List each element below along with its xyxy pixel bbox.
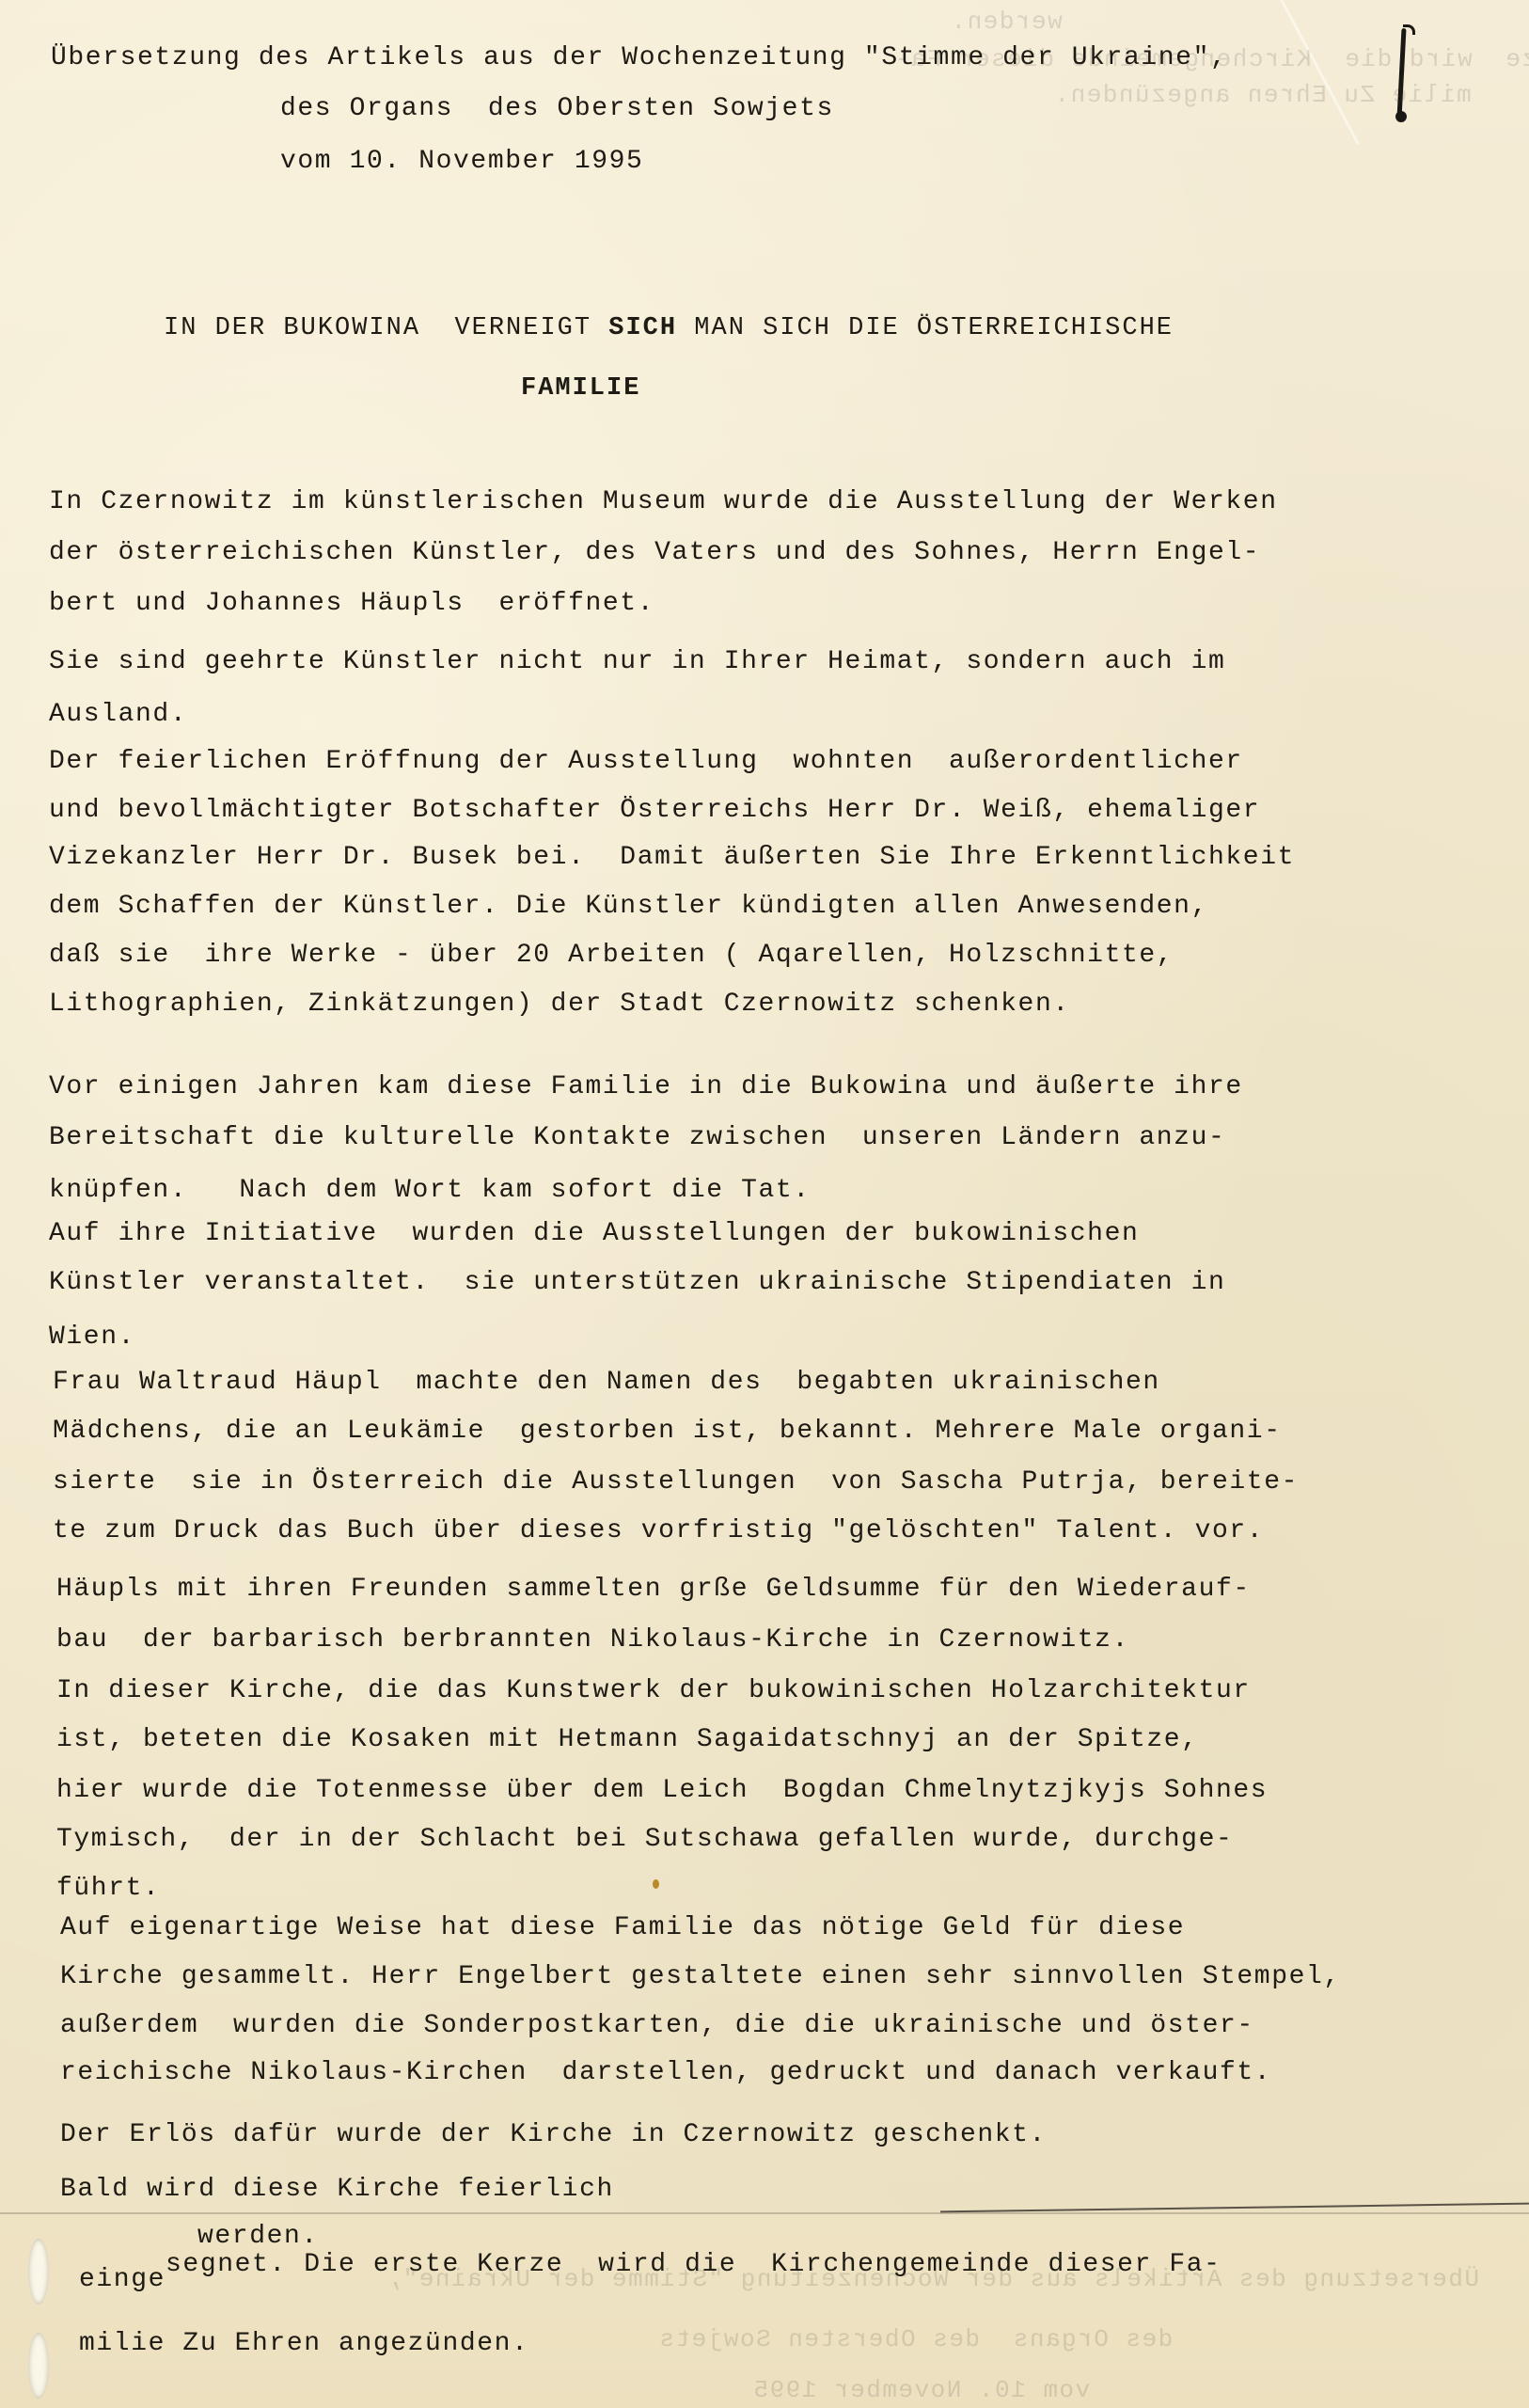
body-line: Der feierlichen Eröffnung der Ausstellun…	[49, 749, 1243, 775]
bleed-through-text: vom 10. November 1995	[752, 2376, 1090, 2404]
body-line: te zum Druck das Buch über dieses vorfri…	[53, 1518, 1264, 1545]
continuation-einge: einge	[79, 2265, 166, 2294]
header-date-line: vom 10. November 1995	[280, 149, 643, 175]
article-title-line2: FAMILIE	[521, 376, 640, 402]
body-line: daß sie ihre Werke - über 20 Arbeiten ( …	[49, 943, 1174, 969]
body-line: bert und Johannes Häupls eröffnet.	[49, 591, 654, 617]
body-line: Auf eigenartige Weise hat diese Familie …	[60, 1915, 1185, 1941]
bleed-through-text: des Organs des Obersten Sowjets	[658, 2325, 1173, 2353]
punch-hole-top	[28, 2239, 49, 2305]
title-text: IN DER BUKOWINA VERNEIGT	[164, 314, 608, 342]
staple-icon-bottom	[1395, 111, 1407, 122]
body-line: außerdem wurden die Sonderpostkarten, di…	[60, 2013, 1254, 2039]
body-line: Wien.	[49, 1324, 135, 1351]
body-line: Häupls mit ihren Freunden sammelten grße…	[56, 1576, 1251, 1603]
body-line: sierte sie in Österreich die Ausstellung…	[53, 1469, 1299, 1496]
body-line: In Czernowitz im künstlerischen Museum w…	[49, 489, 1278, 515]
continuation-line: eingesegnet. Die erste Kerze wird die Ki…	[79, 2267, 1222, 2293]
body-line: Bereitschaft die kulturelle Kontakte zwi…	[49, 1125, 1225, 1151]
body-line: Kirche gesammelt. Herr Engelbert gestalt…	[60, 1964, 1341, 1990]
bleed-through-text: werden.	[950, 8, 1063, 36]
bleed-through-text: milie Zu Ehren angezünden.	[1053, 81, 1472, 109]
body-line: Mädchens, die an Leukämie gestorben ist,…	[53, 1418, 1282, 1445]
header-organ-line: des Organs des Obersten Sowjets	[280, 96, 834, 122]
title-text: MAN SICH DIE ÖSTERREICHISCHE	[677, 314, 1174, 342]
body-line: und bevollmächtigter Botschafter Österre…	[49, 798, 1260, 824]
title-overstruck-word: SICH	[608, 314, 677, 342]
body-line: In dieser Kirche, die das Kunstwerk der …	[56, 1678, 1251, 1704]
body-line: Tymisch, der in der Schlacht bei Sutscha…	[56, 1827, 1233, 1853]
body-line: Bald wird diese Kirche feierlich	[60, 2177, 614, 2203]
punch-hole-bottom	[28, 2333, 49, 2399]
continuation-last-line: milie Zu Ehren angezünden.	[79, 2331, 528, 2357]
body-line: Lithographien, Zinkätzungen) der Stadt C…	[49, 991, 1070, 1018]
body-line: führt.	[56, 1876, 160, 1902]
body-line: Auf ihre Initiative wurden die Ausstellu…	[49, 1221, 1139, 1247]
body-line: Künstler veranstaltet. sie unterstützen …	[49, 1270, 1225, 1296]
body-line: Ausland.	[49, 702, 187, 728]
body-line: dem Schaffen der Künstler. Die Künstler …	[49, 894, 1208, 920]
body-line: Der Erlös dafür wurde der Kirche in Czer…	[60, 2122, 1047, 2148]
body-line: reichische Nikolaus-Kirchen darstellen, …	[60, 2060, 1271, 2086]
header-source-line: Übersetzung des Artikels aus der Wochenz…	[51, 45, 1227, 71]
body-line: bau der barbarisch berbrannten Nikolaus-…	[56, 1627, 1129, 1654]
body-line: Sie sind geehrte Künstler nicht nur in I…	[49, 649, 1225, 675]
continuation-werden: werden.	[197, 2224, 319, 2250]
body-line: der österreichischen Künstler, des Vater…	[49, 540, 1260, 566]
body-line: ist, beteten die Kosaken mit Hetmann Sag…	[56, 1727, 1199, 1753]
ink-stain	[653, 1879, 659, 1889]
continuation-segnet: segnet. Die erste Kerze wird die Kirchen…	[166, 2250, 1222, 2279]
body-line: knüpfen. Nach dem Wort kam sofort die Ta…	[49, 1178, 811, 1204]
article-title-line1: IN DER BUKOWINA VERNEIGT SICH MAN SICH D…	[164, 316, 1174, 341]
body-line: hier wurde die Totenmesse über dem Leich…	[56, 1778, 1268, 1804]
body-line: Vor einigen Jahren kam diese Familie in …	[49, 1074, 1243, 1101]
body-line: Frau Waltraud Häupl machte den Namen des…	[53, 1370, 1160, 1396]
body-line: Vizekanzler Herr Dr. Busek bei. Damit äu…	[49, 845, 1295, 871]
